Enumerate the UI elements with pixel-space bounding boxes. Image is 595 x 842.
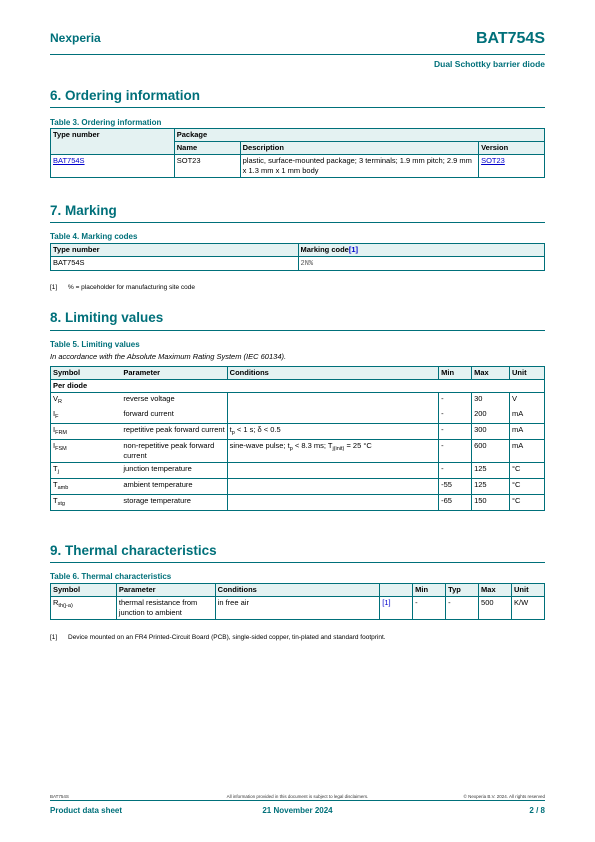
section-divider bbox=[50, 107, 545, 108]
version-link[interactable]: SOT23 bbox=[481, 156, 505, 165]
table-row: Tstgstorage temperature-65150°C bbox=[51, 495, 545, 511]
section-divider bbox=[50, 330, 545, 331]
marking-table: Type number Marking code[1] BAT754S 2N% bbox=[50, 243, 545, 271]
table-row: IFSMnon-repetitive peak forward currents… bbox=[51, 440, 545, 463]
footnote-number: [1] bbox=[50, 284, 68, 291]
footnote-text: Device mounted on an FR4 Printed-Circuit… bbox=[68, 634, 386, 641]
conditions: tp < 1 s; δ < 0.5 bbox=[227, 424, 438, 440]
table-caption-marking: Table 4. Marking codes bbox=[50, 232, 137, 241]
footer-date: 21 November 2024 bbox=[0, 806, 595, 815]
footnote-ref-link[interactable]: [1] bbox=[382, 598, 390, 607]
header-max: Max bbox=[479, 584, 512, 597]
ordering-table: Type number Package Name Description Ver… bbox=[50, 128, 545, 178]
parameter: forward current bbox=[121, 408, 227, 424]
footnote-marking: [1]% = placeholder for manufacturing sit… bbox=[50, 284, 195, 291]
header-type-number: Type number bbox=[51, 244, 299, 257]
symbol: IF bbox=[51, 408, 122, 424]
table-row: BAT754S 2N% bbox=[51, 257, 545, 271]
conditions: in free air bbox=[215, 597, 380, 620]
unit: °C bbox=[510, 479, 545, 495]
unit: °C bbox=[510, 463, 545, 479]
footer-page-number: 2 / 8 bbox=[529, 806, 545, 815]
header-typ: Typ bbox=[446, 584, 479, 597]
symbol: VR bbox=[51, 393, 122, 409]
conditions bbox=[227, 408, 438, 424]
unit: K/W bbox=[512, 597, 545, 620]
footnote-ref-link[interactable]: [1] bbox=[349, 245, 358, 254]
section-divider bbox=[50, 562, 545, 563]
header-divider bbox=[50, 54, 545, 55]
parameter: non-repetitive peak forward current bbox=[121, 440, 227, 463]
header-type-number: Type number bbox=[51, 129, 175, 142]
section-divider bbox=[50, 222, 545, 223]
table-row: IFforward current-200mA bbox=[51, 408, 545, 424]
table-row: BAT754S SOT23 plastic, surface-mounted p… bbox=[51, 155, 545, 178]
max: 150 bbox=[472, 495, 510, 511]
unit: V bbox=[510, 393, 545, 409]
type-number-link[interactable]: BAT754S bbox=[53, 156, 85, 165]
footnote-thermal: [1]Device mounted on an FR4 Printed-Circ… bbox=[50, 634, 386, 641]
marking-code: 2N% bbox=[301, 260, 314, 268]
symbol: IFSM bbox=[51, 440, 122, 463]
header-symbol: Symbol bbox=[51, 367, 122, 380]
parameter: thermal resistance from junction to ambi… bbox=[116, 597, 215, 620]
parameter: junction temperature bbox=[121, 463, 227, 479]
part-number: BAT754S bbox=[476, 30, 545, 48]
footer-copyright: © Nexperia B.V. 2024. All rights reserve… bbox=[464, 794, 545, 799]
header-unit: Unit bbox=[512, 584, 545, 597]
limiting-values-table: Symbol Parameter Conditions Min Max Unit… bbox=[50, 366, 545, 511]
parameter: repetitive peak forward current bbox=[121, 424, 227, 440]
min: - bbox=[413, 597, 446, 620]
unit: mA bbox=[510, 440, 545, 463]
max: 200 bbox=[472, 408, 510, 424]
header-parameter: Parameter bbox=[116, 584, 215, 597]
header-description: Description bbox=[240, 142, 478, 155]
parameter: storage temperature bbox=[121, 495, 227, 511]
header-parameter: Parameter bbox=[121, 367, 227, 380]
type-number: BAT754S bbox=[51, 257, 299, 271]
package-description: plastic, surface-mounted package; 3 term… bbox=[240, 155, 478, 178]
header-version: Version bbox=[479, 142, 545, 155]
brand-name: Nexperia bbox=[50, 31, 101, 45]
min: -65 bbox=[439, 495, 472, 511]
symbol: Rth(j-a) bbox=[51, 597, 117, 620]
group-label: Per diode bbox=[51, 380, 545, 393]
symbol: IFRM bbox=[51, 424, 122, 440]
max: 30 bbox=[472, 393, 510, 409]
table-row: Tjjunction temperature-125°C bbox=[51, 463, 545, 479]
conditions bbox=[227, 463, 438, 479]
table-row: VRreverse voltage-30V bbox=[51, 393, 545, 409]
table-row: Tambambient temperature-55125°C bbox=[51, 479, 545, 495]
conditions bbox=[227, 479, 438, 495]
package-name: SOT23 bbox=[174, 155, 240, 178]
header-name: Name bbox=[174, 142, 240, 155]
footer-divider bbox=[50, 800, 545, 801]
parameter: ambient temperature bbox=[121, 479, 227, 495]
footnote-text: % = placeholder for manufacturing site c… bbox=[68, 284, 195, 291]
header-unit: Unit bbox=[510, 367, 545, 380]
min: - bbox=[439, 440, 472, 463]
unit: mA bbox=[510, 424, 545, 440]
table-subcaption-limiting: In accordance with the Absolute Maximum … bbox=[50, 352, 286, 361]
header-conditions: Conditions bbox=[227, 367, 438, 380]
max: 500 bbox=[479, 597, 512, 620]
conditions: sine-wave pulse; tp < 8.3 ms; Tj(init) =… bbox=[227, 440, 438, 463]
parameter: reverse voltage bbox=[121, 393, 227, 409]
header-package: Package bbox=[174, 129, 544, 142]
thermal-table: Symbol Parameter Conditions Min Typ Max … bbox=[50, 583, 545, 620]
header-max: Max bbox=[472, 367, 510, 380]
header-type-number-spacer bbox=[51, 142, 175, 155]
section-title-thermal: 9. Thermal characteristics bbox=[50, 543, 217, 558]
conditions bbox=[227, 393, 438, 409]
conditions bbox=[227, 495, 438, 511]
marking-code-label: Marking code bbox=[301, 245, 349, 254]
table-caption-ordering: Table 3. Ordering information bbox=[50, 118, 161, 127]
max: 125 bbox=[472, 463, 510, 479]
footnote-number: [1] bbox=[50, 634, 68, 641]
min: - bbox=[439, 424, 472, 440]
max: 300 bbox=[472, 424, 510, 440]
table-caption-limiting: Table 5. Limiting values bbox=[50, 340, 140, 349]
header-min: Min bbox=[439, 367, 472, 380]
min: -55 bbox=[439, 479, 472, 495]
min: - bbox=[439, 393, 472, 409]
table-caption-thermal: Table 6. Thermal characteristics bbox=[50, 572, 171, 581]
header-ref bbox=[380, 584, 413, 597]
limiting-values-rows: VRreverse voltage-30VIFforward current-2… bbox=[51, 393, 545, 511]
table-row: IFRMrepetitive peak forward currenttp < … bbox=[51, 424, 545, 440]
unit: mA bbox=[510, 408, 545, 424]
symbol: Tj bbox=[51, 463, 122, 479]
document-subtitle: Dual Schottky barrier diode bbox=[434, 59, 545, 69]
table-row: Rth(j-a) thermal resistance from junctio… bbox=[51, 597, 545, 620]
section-title-limiting: 8. Limiting values bbox=[50, 310, 163, 325]
section-title-marking: 7. Marking bbox=[50, 203, 117, 218]
header-symbol: Symbol bbox=[51, 584, 117, 597]
header-marking-code: Marking code[1] bbox=[298, 244, 545, 257]
symbol: Tamb bbox=[51, 479, 122, 495]
symbol: Tstg bbox=[51, 495, 122, 511]
typ: - bbox=[446, 597, 479, 620]
min: - bbox=[439, 463, 472, 479]
min: - bbox=[439, 408, 472, 424]
unit: °C bbox=[510, 495, 545, 511]
max: 125 bbox=[472, 479, 510, 495]
section-title-ordering: 6. Ordering information bbox=[50, 88, 200, 103]
max: 600 bbox=[472, 440, 510, 463]
header-conditions: Conditions bbox=[215, 584, 380, 597]
header-min: Min bbox=[413, 584, 446, 597]
